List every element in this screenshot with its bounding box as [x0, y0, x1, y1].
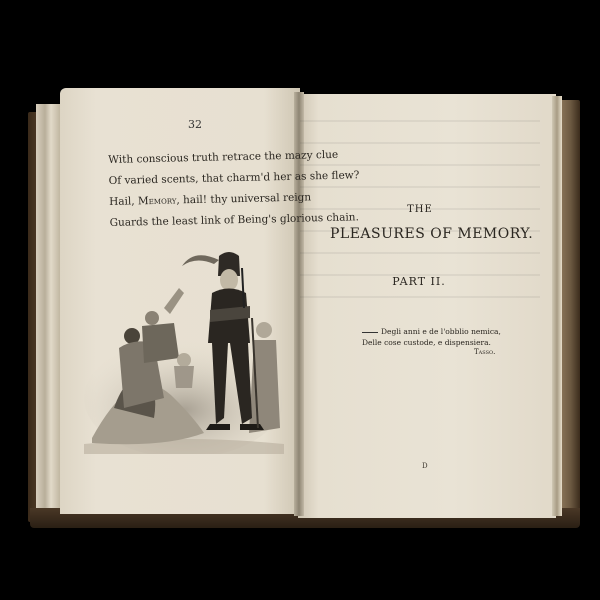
- epigraph-line-2: Delle cose custode, e dispensiera.: [362, 337, 501, 348]
- book-title: PLEASURES OF MEMORY.: [330, 226, 520, 242]
- verse-block: With conscious truth retrace the mazy cl…: [108, 145, 310, 234]
- em-dash: [362, 332, 378, 333]
- signature-mark: D: [422, 462, 428, 470]
- page-number: 32: [188, 118, 202, 131]
- epigraph: Degli anni e de l'obblio nemica, Delle c…: [362, 326, 501, 348]
- epigraph-attribution: Tasso.: [474, 348, 495, 356]
- part-heading: PART II.: [384, 275, 454, 288]
- epigraph-line-1: Degli anni e de l'obblio nemica,: [362, 326, 501, 337]
- right-page-edges: [552, 96, 562, 516]
- show-through-text: [300, 100, 540, 300]
- title-prefix: THE: [390, 204, 450, 215]
- knight-engraving: [84, 248, 284, 454]
